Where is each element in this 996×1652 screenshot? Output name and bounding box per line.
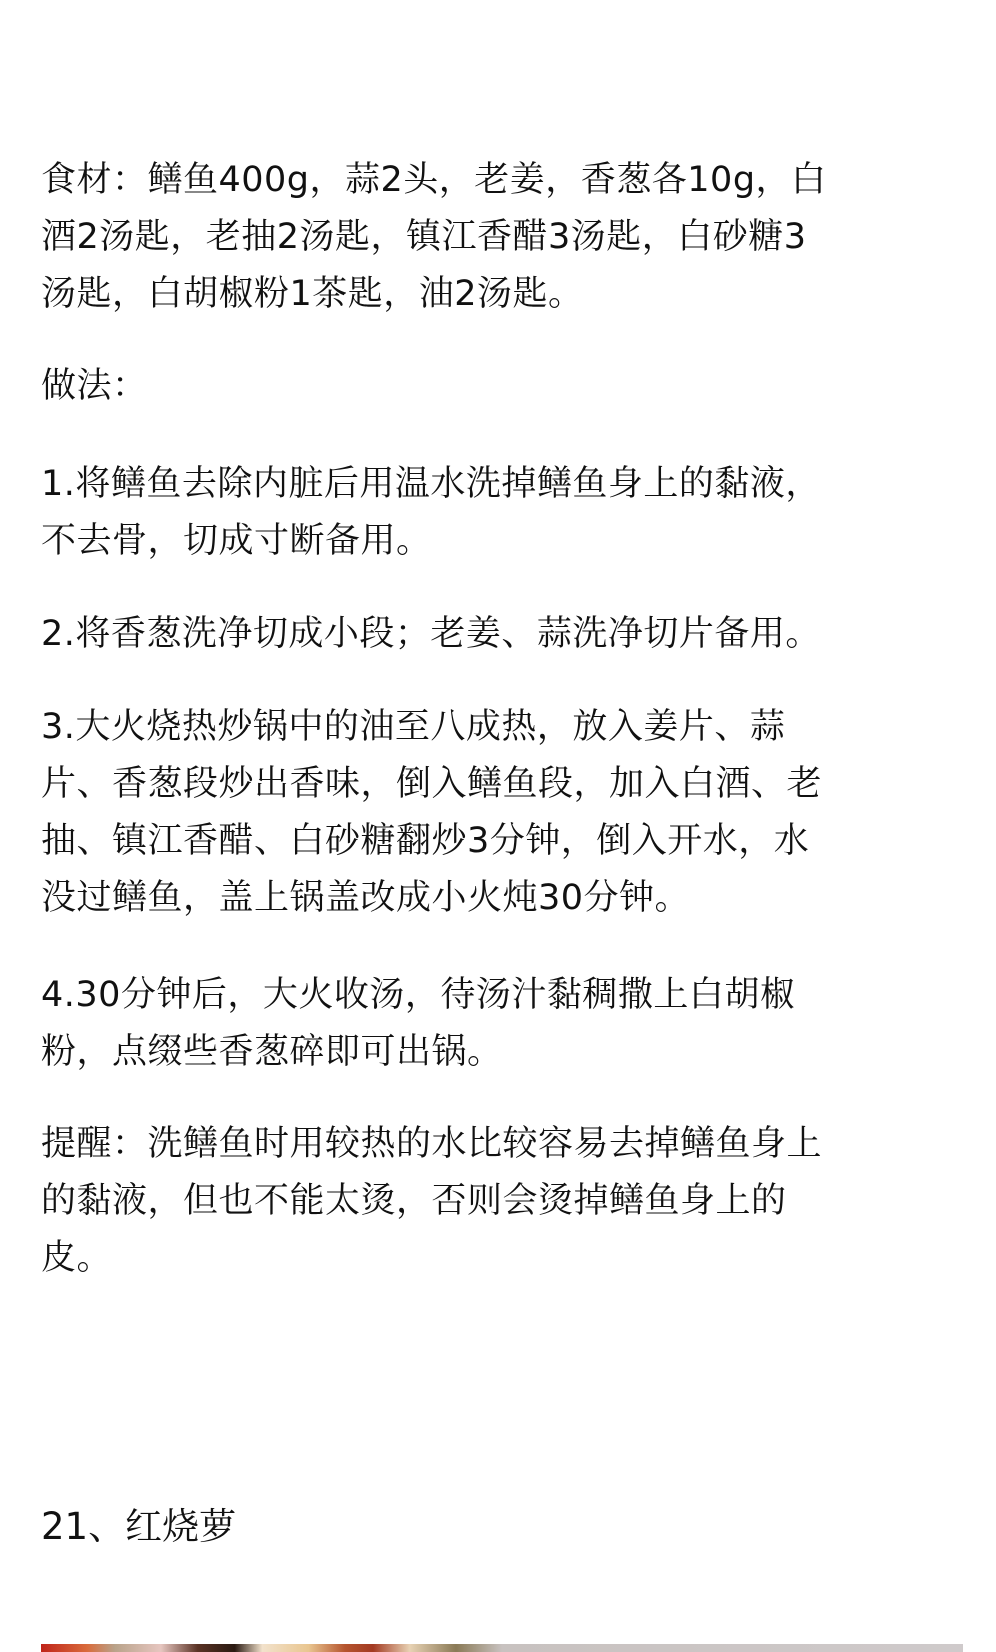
step-line: 没过鳝鱼，盖上锅盖改成小火炖30分钟。	[41, 870, 961, 927]
step-3-paragraph: 3.大火烧热炒锅中的油至八成热，放入姜片、蒜 片、香葱段炒出香味，倒入鳝鱼段，加…	[41, 699, 961, 927]
ingredients-line: 汤匙，白胡椒粉1茶匙，油2汤匙。	[41, 266, 961, 323]
step-2-paragraph: 2.将香葱洗净切成小段；老姜、蒜洗净切片备用。	[41, 606, 961, 663]
step-1-paragraph: 1.将鳝鱼去除内脏后用温水洗掉鳝鱼身上的黏液， 不去骨，切成寸断备用。	[41, 456, 961, 570]
tip-line: 提醒：洗鳝鱼时用较热的水比较容易去掉鳝鱼身上	[41, 1116, 961, 1173]
ingredients-line: 酒2汤匙，老抽2汤匙，镇江香醋3汤匙，白砂糖3	[41, 209, 961, 266]
step-line: 不去骨，切成寸断备用。	[41, 513, 961, 570]
step-line: 抽、镇江香醋、白砂糖翻炒3分钟，倒入开水，水	[41, 813, 961, 870]
step-line: 粉，点缀些香葱碎即可出锅。	[41, 1024, 961, 1081]
next-recipe-heading: 21、红烧萝	[41, 1502, 236, 1552]
recipe-photo	[41, 1644, 963, 1652]
step-line: 片、香葱段炒出香味，倒入鳝鱼段，加入白酒、老	[41, 756, 961, 813]
tip-line: 的黏液，但也不能太烫，否则会烫掉鳝鱼身上的	[41, 1173, 961, 1230]
step-4-paragraph: 4.30分钟后，大火收汤，待汤汁黏稠撒上白胡椒 粉，点缀些香葱碎即可出锅。	[41, 967, 961, 1081]
tip-line: 皮。	[41, 1230, 961, 1287]
step-line: 3.大火烧热炒锅中的油至八成热，放入姜片、蒜	[41, 699, 961, 756]
ingredients-paragraph: 食材：鳝鱼400g，蒜2头，老姜，香葱各10g，白 酒2汤匙，老抽2汤匙，镇江香…	[41, 152, 961, 323]
step-line: 1.将鳝鱼去除内脏后用温水洗掉鳝鱼身上的黏液，	[41, 456, 961, 513]
method-label: 做法：	[41, 358, 961, 415]
step-line: 2.将香葱洗净切成小段；老姜、蒜洗净切片备用。	[41, 606, 961, 663]
step-line: 4.30分钟后，大火收汤，待汤汁黏稠撒上白胡椒	[41, 967, 961, 1024]
tip-paragraph: 提醒：洗鳝鱼时用较热的水比较容易去掉鳝鱼身上 的黏液，但也不能太烫，否则会烫掉鳝…	[41, 1116, 961, 1287]
ingredients-line: 食材：鳝鱼400g，蒜2头，老姜，香葱各10g，白	[41, 152, 961, 209]
